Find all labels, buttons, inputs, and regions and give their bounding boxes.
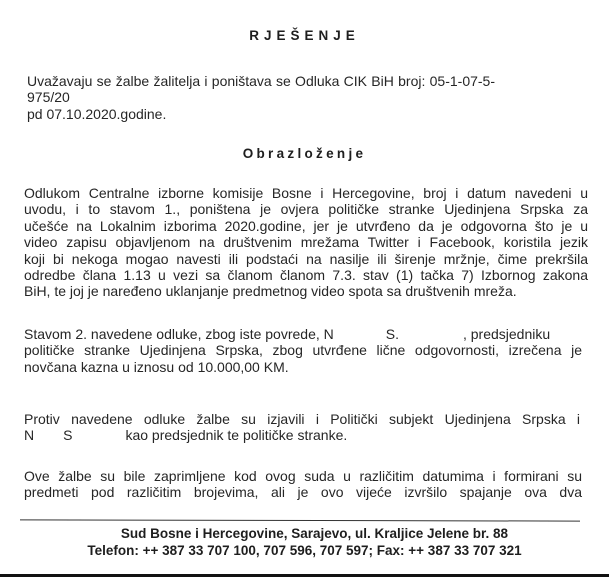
text-line: Stavom 2. navedene odluke, zbog iste pov… [24, 326, 582, 342]
text-line: uvodu, i to stavom 1., poništena je ovje… [24, 201, 588, 217]
reasoning-paragraph-4: Ove žalbe su bile zaprimljene kod ovog s… [24, 468, 582, 501]
text-line: odredbe člana 1.13 u vezi sa članom član… [24, 267, 588, 283]
footer-contact: Telefon: ++ 387 33 707 100, 707 596, 707… [0, 542, 609, 559]
ruling-line: Uvažavaju se žalbe žalitelja i poništava… [27, 73, 495, 106]
document-title: RJEŠENJE [0, 28, 609, 43]
reasoning-heading: Obrazloženje [0, 146, 609, 161]
text-line: predmeti pod različitim brojevima, ali j… [24, 484, 582, 500]
text-line: Odlukom Centralne izborne komisije Bosne… [24, 185, 588, 201]
text-line: video zapisu objavljenom na društvenim m… [24, 234, 588, 250]
redacted-initial: S [63, 427, 72, 443]
text-line: novčana kazna u iznosu od 10.000,00 KM. [24, 359, 582, 375]
reasoning-paragraph-2: Stavom 2. navedene odluke, zbog iste pov… [24, 326, 582, 375]
text-line: koji bi nekoga mogao navesti ili podstać… [24, 251, 588, 267]
reasoning-paragraph-3: Protiv navedene odluke žalbe su izjavili… [24, 411, 580, 444]
text-line: Protiv navedene odluke žalbe su izjavili… [24, 411, 580, 427]
footer-divider [20, 519, 580, 521]
text-segment: Stavom 2. navedene odluke, zbog iste pov… [24, 326, 334, 342]
footer-address: Sud Bosne i Hercegovine, Sarajevo, ul. K… [0, 525, 609, 542]
text-line: Ove žalbe su bile zaprimljene kod ovog s… [24, 468, 582, 484]
document-page: RJEŠENJE Uvažavaju se žalbe žalitelja i … [0, 0, 609, 577]
text-segment: , predsjedniku [463, 326, 550, 342]
text-segment: kao predsjednik te političke stranke. [125, 427, 347, 443]
text-line: učešće na Lokalnim izborima 2020.godine,… [24, 218, 588, 234]
ruling-line: pd 07.10.2020.godine. [27, 106, 495, 122]
ruling-paragraph: Uvažavaju se žalbe žalitelja i poništava… [27, 73, 495, 122]
reasoning-paragraph-1: Odlukom Centralne izborne komisije Bosne… [24, 185, 588, 300]
redacted-initial: N [24, 427, 34, 443]
text-line: BiH, te joj je naređeno uklanjanje predm… [24, 283, 588, 299]
redacted-initial: S. [386, 326, 399, 342]
text-line: NSkao predsjednik te političke stranke. [24, 427, 580, 443]
page-footer: Sud Bosne i Hercegovine, Sarajevo, ul. K… [0, 525, 609, 559]
text-line: političke stranke Ujedinjena Srpska, zbo… [24, 342, 582, 358]
